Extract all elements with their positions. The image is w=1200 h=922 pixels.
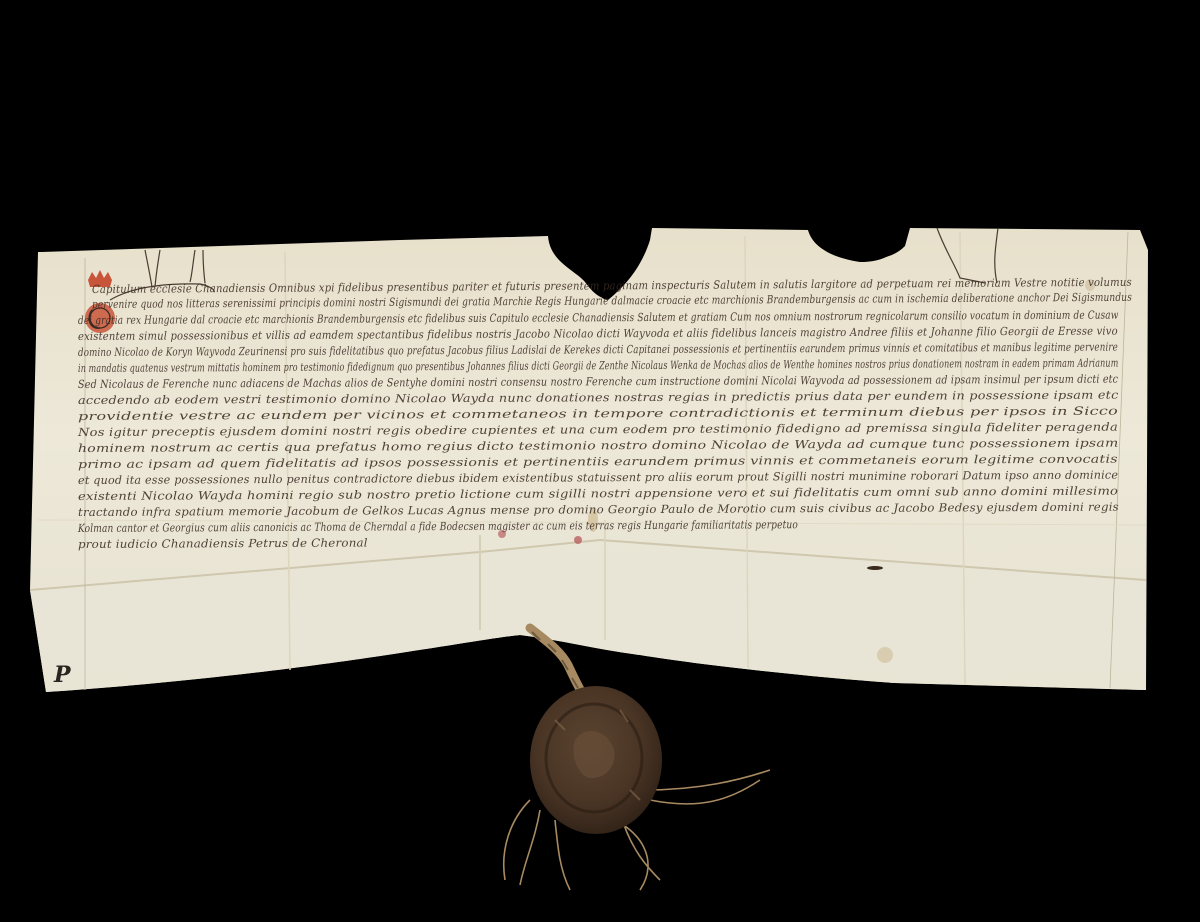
- text-line: prout iudicio Chanadiensis Petrus de Che…: [78, 536, 368, 551]
- image-stage: Capitulum ecclesie Chanadiensis Omnibus …: [0, 0, 1200, 922]
- wax-seal: [530, 686, 662, 834]
- margin-mark: P: [54, 662, 71, 688]
